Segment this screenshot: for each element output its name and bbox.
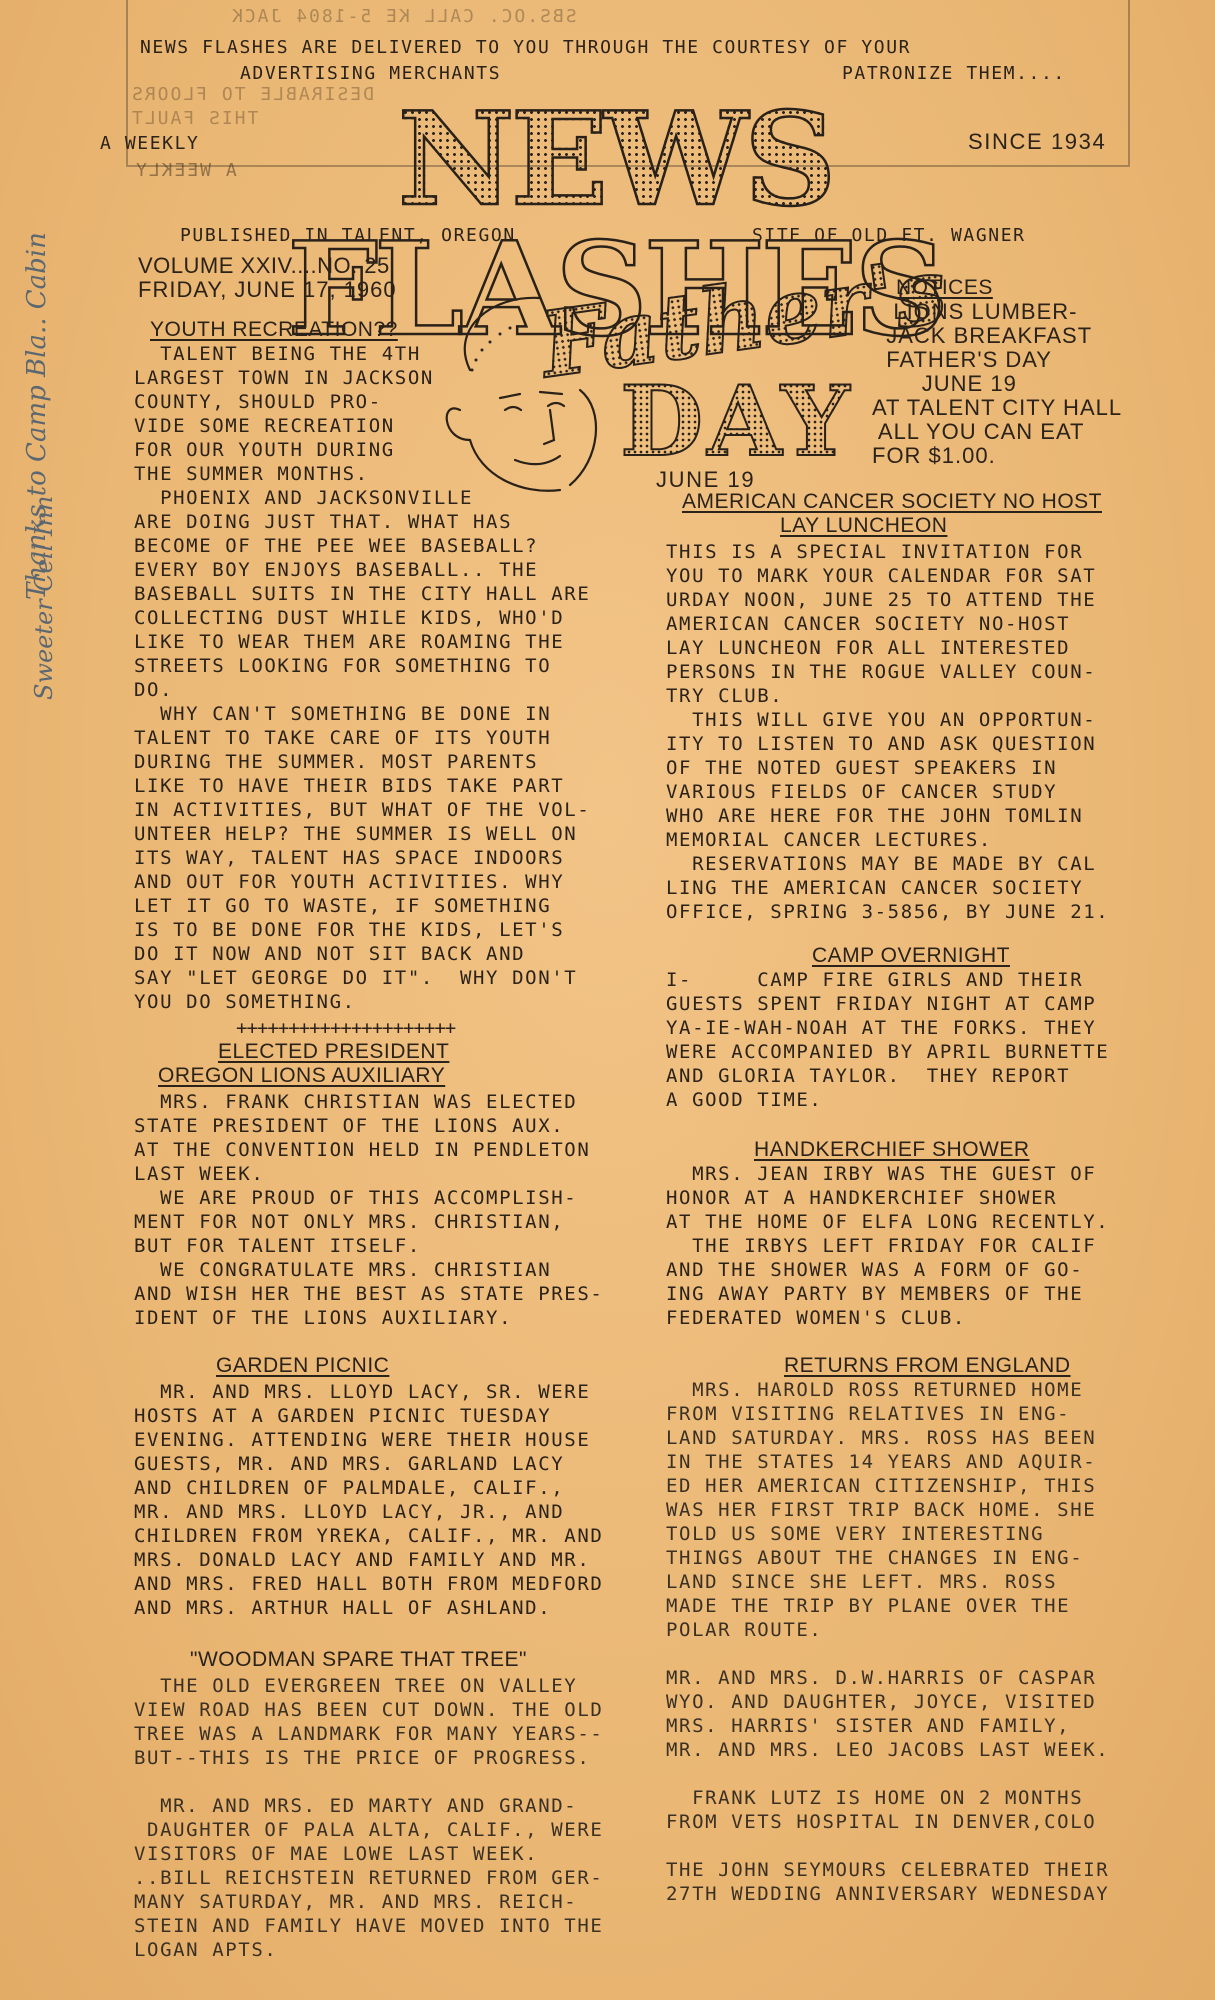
text-line: TOLD US SOME VERY INTERESTING bbox=[666, 1522, 1109, 1546]
notices-body: LIONS LUMBER- JACK BREAKFAST FATHER'S DA… bbox=[872, 300, 1122, 468]
text-line: AMERICAN CANCER SOCIETY NO-HOST bbox=[666, 612, 1109, 636]
issue-date: FRIDAY, JUNE 17, 1960 bbox=[138, 278, 397, 302]
text-line bbox=[666, 1642, 1109, 1666]
text-line: LIKE TO HAVE THEIR BIDS TAKE PART bbox=[134, 774, 590, 798]
article-heading: CAMP OVERNIGHT bbox=[812, 944, 1010, 968]
text-line: VARIOUS FIELDS OF CANCER STUDY bbox=[666, 780, 1109, 804]
notices-section: NOTICES bbox=[868, 276, 993, 300]
article-heading: "WOODMAN SPARE THAT TREE" bbox=[190, 1648, 527, 1672]
article-heading: ELECTED PRESIDENT bbox=[218, 1040, 449, 1064]
text-line: LAST WEEK. bbox=[134, 1162, 603, 1186]
text-line: MRS. FRANK CHRISTIAN WAS ELECTED bbox=[134, 1090, 603, 1114]
article-youth-recreation: YOUTH RECREATION?? bbox=[150, 318, 398, 342]
text-line: YOU TO MARK YOUR CALENDAR FOR SAT bbox=[666, 564, 1109, 588]
article-subheading: OREGON LIONS AUXILIARY bbox=[158, 1064, 445, 1088]
volume-number: VOLUME XXIV....No. 25 bbox=[138, 254, 390, 278]
text-line: MR. AND MRS. LLOYD LACY, SR. WERE bbox=[134, 1380, 603, 1404]
text-line: FEDERATED WOMEN'S CLUB. bbox=[666, 1306, 1109, 1330]
text-line: DAUGHTER OF PALA ALTA, CALIF., WERE bbox=[134, 1818, 603, 1842]
text-line: STEIN AND FAMILY HAVE MOVED INTO THE bbox=[134, 1914, 603, 1938]
text-line: MENT FOR NOT ONLY MRS. CHRISTIAN, bbox=[134, 1210, 603, 1234]
text-line: VIEW ROAD HAS BEEN CUT DOWN. THE OLD bbox=[134, 1698, 603, 1722]
article-heading: AMERICAN CANCER SOCIETY NO HOST bbox=[682, 490, 1102, 514]
text-line: FATHER'S DAY bbox=[872, 348, 1122, 372]
text-line: STREETS LOOKING FOR SOMETHING TO bbox=[134, 654, 590, 678]
text-line: JUNE 19 bbox=[872, 372, 1122, 396]
text-line: OFFICE, SPRING 3-5856, BY JUNE 21. bbox=[666, 900, 1109, 924]
text-line: LAND SINCE SHE LEFT. MRS. ROSS bbox=[666, 1570, 1109, 1594]
text-line: MEMORIAL CANCER LECTURES. bbox=[666, 828, 1109, 852]
text-line: I- CAMP FIRE GIRLS AND THEIR bbox=[666, 968, 1109, 992]
illustration-date: JUNE 19 bbox=[656, 468, 755, 492]
delivery-line-2: ADVERTISING MERCHANTS bbox=[240, 62, 501, 86]
text-line: POLAR ROUTE. bbox=[666, 1618, 1109, 1642]
text-line: COLLECTING DUST WHILE KIDS, WHO'D bbox=[134, 606, 590, 630]
text-line: LAY LUNCHEON FOR ALL INTERESTED bbox=[666, 636, 1109, 660]
text-line: ALL YOU CAN EAT bbox=[872, 420, 1122, 444]
text-line: LARGEST TOWN IN JACKSON bbox=[134, 366, 590, 390]
text-line: GUESTS SPENT FRIDAY NIGHT AT CAMP bbox=[666, 992, 1109, 1016]
text-line: WHY CAN'T SOMETHING BE DONE IN bbox=[134, 702, 590, 726]
handwritten-note-bottom: Sweeter Cell Inn bbox=[30, 496, 58, 700]
text-line: VIDE SOME RECREATION bbox=[134, 414, 590, 438]
text-line: MR. AND MRS. LEO JACOBS LAST WEEK. bbox=[666, 1738, 1109, 1762]
text-line bbox=[134, 1770, 603, 1794]
text-line: THE IRBYS LEFT FRIDAY FOR CALIF bbox=[666, 1234, 1109, 1258]
text-line: UNTEER HELP? THE SUMMER IS WELL ON bbox=[134, 822, 590, 846]
article-subheading: LAY LUNCHEON bbox=[780, 514, 947, 538]
text-line: IN THE STATES 14 YEARS AND AQUIR- bbox=[666, 1450, 1109, 1474]
text-line: BASEBALL SUITS IN THE CITY HALL ARE bbox=[134, 582, 590, 606]
text-line: IDENT OF THE LIONS AUXILIARY. bbox=[134, 1306, 603, 1330]
ghost-text: SBS.OC. CALL KE 5-1804 JACK bbox=[230, 6, 577, 27]
article-body: MRS. HAROLD ROSS RETURNED HOMEFROM VISIT… bbox=[666, 1378, 1109, 1906]
text-line: AND MRS. FRED HALL BOTH FROM MEDFORD bbox=[134, 1572, 603, 1596]
text-line: WE ARE PROUD OF THIS ACCOMPLISH- bbox=[134, 1186, 603, 1210]
text-line: THE OLD EVERGREEN TREE ON VALLEY bbox=[134, 1674, 603, 1698]
text-line: HOSTS AT A GARDEN PICNIC TUESDAY bbox=[134, 1404, 603, 1428]
text-line: BUT--THIS IS THE PRICE OF PROGRESS. bbox=[134, 1746, 603, 1770]
text-line: THIS IS A SPECIAL INVITATION FOR bbox=[666, 540, 1109, 564]
article-heading: HANDKERCHIEF SHOWER bbox=[754, 1138, 1030, 1162]
delivery-line-1: NEWS FLASHES ARE DELIVERED TO YOU THROUG… bbox=[140, 36, 911, 60]
text-line: LAND SATURDAY. MRS. ROSS HAS BEEN bbox=[666, 1426, 1109, 1450]
text-line: AND WISH HER THE BEST AS STATE PRES- bbox=[134, 1282, 603, 1306]
article-body: I- CAMP FIRE GIRLS AND THEIRGUESTS SPENT… bbox=[666, 968, 1109, 1112]
text-line bbox=[666, 1762, 1109, 1786]
text-line: PHOENIX AND JACKSONVILLE bbox=[134, 486, 590, 510]
text-line: HONOR AT A HANDKERCHIEF SHOWER bbox=[666, 1186, 1109, 1210]
ghost-text: A WEEKLY bbox=[134, 160, 237, 181]
text-line: TALENT BEING THE 4TH bbox=[134, 342, 590, 366]
article-heading: RETURNS FROM ENGLAND bbox=[784, 1354, 1071, 1378]
article-body: THIS IS A SPECIAL INVITATION FORYOU TO M… bbox=[666, 540, 1109, 924]
text-line: A GOOD TIME. bbox=[666, 1088, 1109, 1112]
text-line: IS TO BE DONE FOR THE KIDS, LET'S bbox=[134, 918, 590, 942]
notices-heading: NOTICES bbox=[896, 276, 993, 300]
text-line: LET IT GO TO WASTE, IF SOMETHING bbox=[134, 894, 590, 918]
text-line: MADE THE TRIP BY PLANE OVER THE bbox=[666, 1594, 1109, 1618]
text-line: ITY TO LISTEN TO AND ASK QUESTION bbox=[666, 732, 1109, 756]
weekly-label: A WEEKLY bbox=[100, 132, 200, 156]
text-line: THE JOHN SEYMOURS CELEBRATED THEIR bbox=[666, 1858, 1109, 1882]
text-line: MRS. HARRIS' SISTER AND FAMILY, bbox=[666, 1714, 1109, 1738]
patronize-line: PATRONIZE THEM.... bbox=[842, 62, 1066, 86]
text-line: MRS. DONALD LACY AND FAMILY AND MR. bbox=[134, 1548, 603, 1572]
text-line: FRANK LUTZ IS HOME ON 2 MONTHS bbox=[666, 1786, 1109, 1810]
text-line: LIKE TO WEAR THEM ARE ROAMING THE bbox=[134, 630, 590, 654]
text-line: COUNTY, SHOULD PRO- bbox=[134, 390, 590, 414]
text-line: BUT FOR TALENT ITSELF. bbox=[134, 1234, 603, 1258]
text-line: FOR $1.00. bbox=[872, 444, 1122, 468]
text-line: MANY SATURDAY, MR. AND MRS. REICH- bbox=[134, 1890, 603, 1914]
text-line: WYO. AND DAUGHTER, JOYCE, VISITED bbox=[666, 1690, 1109, 1714]
text-line: DO IT NOW AND NOT SIT BACK AND bbox=[134, 942, 590, 966]
article-body: MRS. JEAN IRBY WAS THE GUEST OFHONOR AT … bbox=[666, 1162, 1109, 1330]
text-line: ED HER AMERICAN CITIZENSHIP, THIS bbox=[666, 1474, 1109, 1498]
published-location: PUBLISHED IN TALENT, OREGON bbox=[180, 224, 516, 248]
text-line: IN ACTIVITIES, BUT WHAT OF THE VOL- bbox=[134, 798, 590, 822]
text-line: ..BILL REICHSTEIN RETURNED FROM GER- bbox=[134, 1866, 603, 1890]
newsletter-page: Thanks to Camp Bla.. Cabin Sweeter Cell … bbox=[0, 0, 1215, 2000]
ghost-text: THIS FAULT bbox=[130, 108, 258, 129]
text-line: MR. AND MRS. ED MARTY AND GRAND- bbox=[134, 1794, 603, 1818]
text-line: JACK BREAKFAST bbox=[872, 324, 1122, 348]
text-line: DURING THE SUMMER. MOST PARENTS bbox=[134, 750, 590, 774]
text-line: AND OUT FOR YOUTH ACTIVITIES. WHY bbox=[134, 870, 590, 894]
text-line: AND MRS. ARTHUR HALL OF ASHLAND. bbox=[134, 1596, 603, 1620]
text-line: ING AWAY PARTY BY MEMBERS OF THE bbox=[666, 1282, 1109, 1306]
day-block-lettering: DAY bbox=[620, 365, 853, 478]
text-line: ARE DOING JUST THAT. WHAT HAS bbox=[134, 510, 590, 534]
text-line: THE SUMMER MONTHS. bbox=[134, 462, 590, 486]
text-line: 27TH WEDDING ANNIVERSARY WEDNESDAY bbox=[666, 1882, 1109, 1906]
text-line: DO. bbox=[134, 678, 590, 702]
text-line: AND THE SHOWER WAS A FORM OF GO- bbox=[666, 1258, 1109, 1282]
text-line: LING THE AMERICAN CANCER SOCIETY bbox=[666, 876, 1109, 900]
text-line: LIONS LUMBER- bbox=[872, 300, 1122, 324]
text-line: GUESTS, MR. AND MRS. GARLAND LACY bbox=[134, 1452, 603, 1476]
section-divider: +++++++++++++++++++++ bbox=[236, 1016, 455, 1040]
article-heading: YOUTH RECREATION?? bbox=[150, 318, 398, 342]
article-heading: GARDEN PICNIC bbox=[216, 1354, 389, 1378]
article-body: TALENT BEING THE 4THLARGEST TOWN IN JACK… bbox=[134, 342, 590, 1014]
text-line: WAS HER FIRST TRIP BACK HOME. SHE bbox=[666, 1498, 1109, 1522]
article-body: MRS. FRANK CHRISTIAN WAS ELECTEDSTATE PR… bbox=[134, 1090, 603, 1330]
text-line: VISITORS OF MAE LOWE LAST WEEK. bbox=[134, 1842, 603, 1866]
text-line: AT THE HOME OF ELFA LONG RECENTLY. bbox=[666, 1210, 1109, 1234]
text-line: SAY "LET GEORGE DO IT". WHY DON'T bbox=[134, 966, 590, 990]
text-line: AT THE CONVENTION HELD IN PENDLETON bbox=[134, 1138, 603, 1162]
text-line: EVERY BOY ENJOYS BASEBALL.. THE bbox=[134, 558, 590, 582]
text-line: BECOME OF THE PEE WEE BASEBALL? bbox=[134, 534, 590, 558]
text-line: FOR OUR YOUTH DURING bbox=[134, 438, 590, 462]
text-line: MRS. JEAN IRBY WAS THE GUEST OF bbox=[666, 1162, 1109, 1186]
text-line: STATE PRESIDENT OF THE LIONS AUX. bbox=[134, 1114, 603, 1138]
text-line bbox=[666, 1834, 1109, 1858]
newsletter-title: NEWS FLASHES bbox=[255, 95, 975, 225]
text-line: THIS WILL GIVE YOU AN OPPORTUN- bbox=[666, 708, 1109, 732]
text-line: YOU DO SOMETHING. bbox=[134, 990, 590, 1014]
text-line: MR. AND MRS. D.W.HARRIS OF CASPAR bbox=[666, 1666, 1109, 1690]
text-line: YA-IE-WAH-NOAH AT THE FORKS. THEY bbox=[666, 1016, 1109, 1040]
text-line: TREE WAS A LANDMARK FOR MANY YEARS-- bbox=[134, 1722, 603, 1746]
text-line: MRS. HAROLD ROSS RETURNED HOME bbox=[666, 1378, 1109, 1402]
article-body: THE OLD EVERGREEN TREE ON VALLEYVIEW ROA… bbox=[134, 1674, 603, 1962]
text-line: FROM VISITING RELATIVES IN ENG- bbox=[666, 1402, 1109, 1426]
text-line: LOGAN APTS. bbox=[134, 1938, 603, 1962]
text-line: AND GLORIA TAYLOR. THEY REPORT bbox=[666, 1064, 1109, 1088]
text-line: MR. AND MRS. LLOYD LACY, JR., AND bbox=[134, 1500, 603, 1524]
text-line: OF THE NOTED GUEST SPEAKERS IN bbox=[666, 756, 1109, 780]
article-body: MR. AND MRS. LLOYD LACY, SR. WEREHOSTS A… bbox=[134, 1380, 603, 1620]
text-line: URDAY NOON, JUNE 25 TO ATTEND THE bbox=[666, 588, 1109, 612]
text-line: WE CONGRATULATE MRS. CHRISTIAN bbox=[134, 1258, 603, 1282]
text-line: EVENING. ATTENDING WERE THEIR HOUSE bbox=[134, 1428, 603, 1452]
text-line: RESERVATIONS MAY BE MADE BY CAL bbox=[666, 852, 1109, 876]
since-label: SINCE 1934 bbox=[968, 130, 1106, 154]
text-line: ITS WAY, TALENT HAS SPACE INDOORS bbox=[134, 846, 590, 870]
text-line: CHILDREN FROM YREKA, CALIF., MR. AND bbox=[134, 1524, 603, 1548]
text-line: WERE ACCOMPANIED BY APRIL BURNETTE bbox=[666, 1040, 1109, 1064]
text-line: WHO ARE HERE FOR THE JOHN TOMLIN bbox=[666, 804, 1109, 828]
text-line: TRY CLUB. bbox=[666, 684, 1109, 708]
text-line: AT TALENT CITY HALL bbox=[872, 396, 1122, 420]
text-line: AND CHILDREN OF PALMDALE, CALIF., bbox=[134, 1476, 603, 1500]
text-line: TALENT TO TAKE CARE OF ITS YOUTH bbox=[134, 726, 590, 750]
text-line: THINGS ABOUT THE CHANGES IN ENG- bbox=[666, 1546, 1109, 1570]
text-line: FROM VETS HOSPITAL IN DENVER,COLO bbox=[666, 1810, 1109, 1834]
text-line: PERSONS IN THE ROGUE VALLEY COUN- bbox=[666, 660, 1109, 684]
